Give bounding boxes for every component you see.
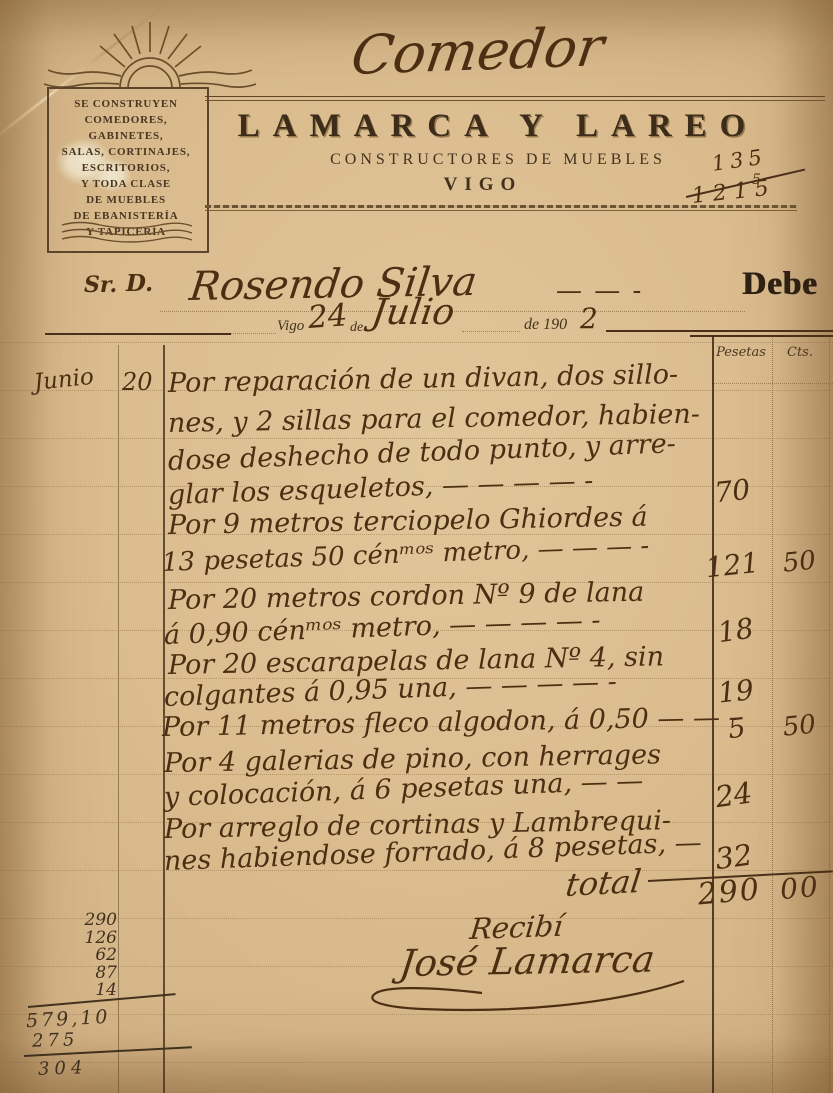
- addressee-dashes: — — -: [556, 276, 643, 306]
- sun-icon: [42, 18, 257, 90]
- amount-pesetas: 18: [704, 610, 768, 651]
- dateline-de2: de 190: [524, 316, 567, 334]
- amount-pesetas: 70: [698, 471, 766, 511]
- company-name: LAMARCA Y LAREO: [228, 108, 768, 145]
- dateline-place: Vigo: [277, 318, 304, 335]
- entry-line: Por reparación de un divan, dos sillo-: [168, 359, 679, 399]
- company-subtitle: CONSTRUCTORES DE MUEBLES: [228, 151, 768, 169]
- column-header-cts: Cts.: [772, 345, 828, 360]
- column-header-pesetas: Pesetas: [712, 345, 770, 360]
- margin-calc-sum: 579,10: [25, 1006, 111, 1032]
- debe-label: Debe: [742, 266, 817, 303]
- dateline-de1: de: [350, 320, 363, 336]
- margin-calc-result: 304: [38, 1057, 88, 1080]
- salutation: Sr.: [84, 272, 117, 298]
- wavy-lines-ornament: [60, 220, 194, 246]
- dateline-day: 24: [307, 297, 349, 336]
- margin-calc-minus: 275: [32, 1029, 79, 1052]
- amount-pesetas: 5: [710, 711, 763, 747]
- amount-pesetas: 24: [702, 774, 766, 816]
- margin-calc-values: 290 126 62 87 14: [45, 912, 117, 1000]
- total-label: total: [564, 862, 644, 904]
- total-cts: 00: [769, 869, 832, 907]
- amount-cts: 50: [770, 544, 828, 580]
- amount-cts: 50: [770, 708, 828, 744]
- table-rule-right-edge: [829, 336, 831, 1093]
- amount-pesetas: 121: [698, 545, 766, 585]
- dateline-year-digit: 2: [580, 302, 598, 335]
- company-city: VIGO: [228, 174, 738, 196]
- dateline-month: Julio: [369, 292, 457, 333]
- table-rule-day-col: [118, 345, 119, 1093]
- total-pesetas: 290: [690, 872, 768, 913]
- handwritten-annotation: Comedor: [348, 15, 608, 87]
- services-box-text: SE CONSTRUYEN COMEDORES, GABINETES, SALA…: [50, 96, 202, 240]
- entry-day: 20: [122, 368, 153, 396]
- entry-month: Junio: [33, 364, 95, 396]
- invoice-sheet: SE CONSTRUYEN COMEDORES, GABINETES, SALA…: [0, 0, 833, 1093]
- salutation-don: D.: [126, 270, 153, 297]
- signature-flourish: [362, 975, 692, 1023]
